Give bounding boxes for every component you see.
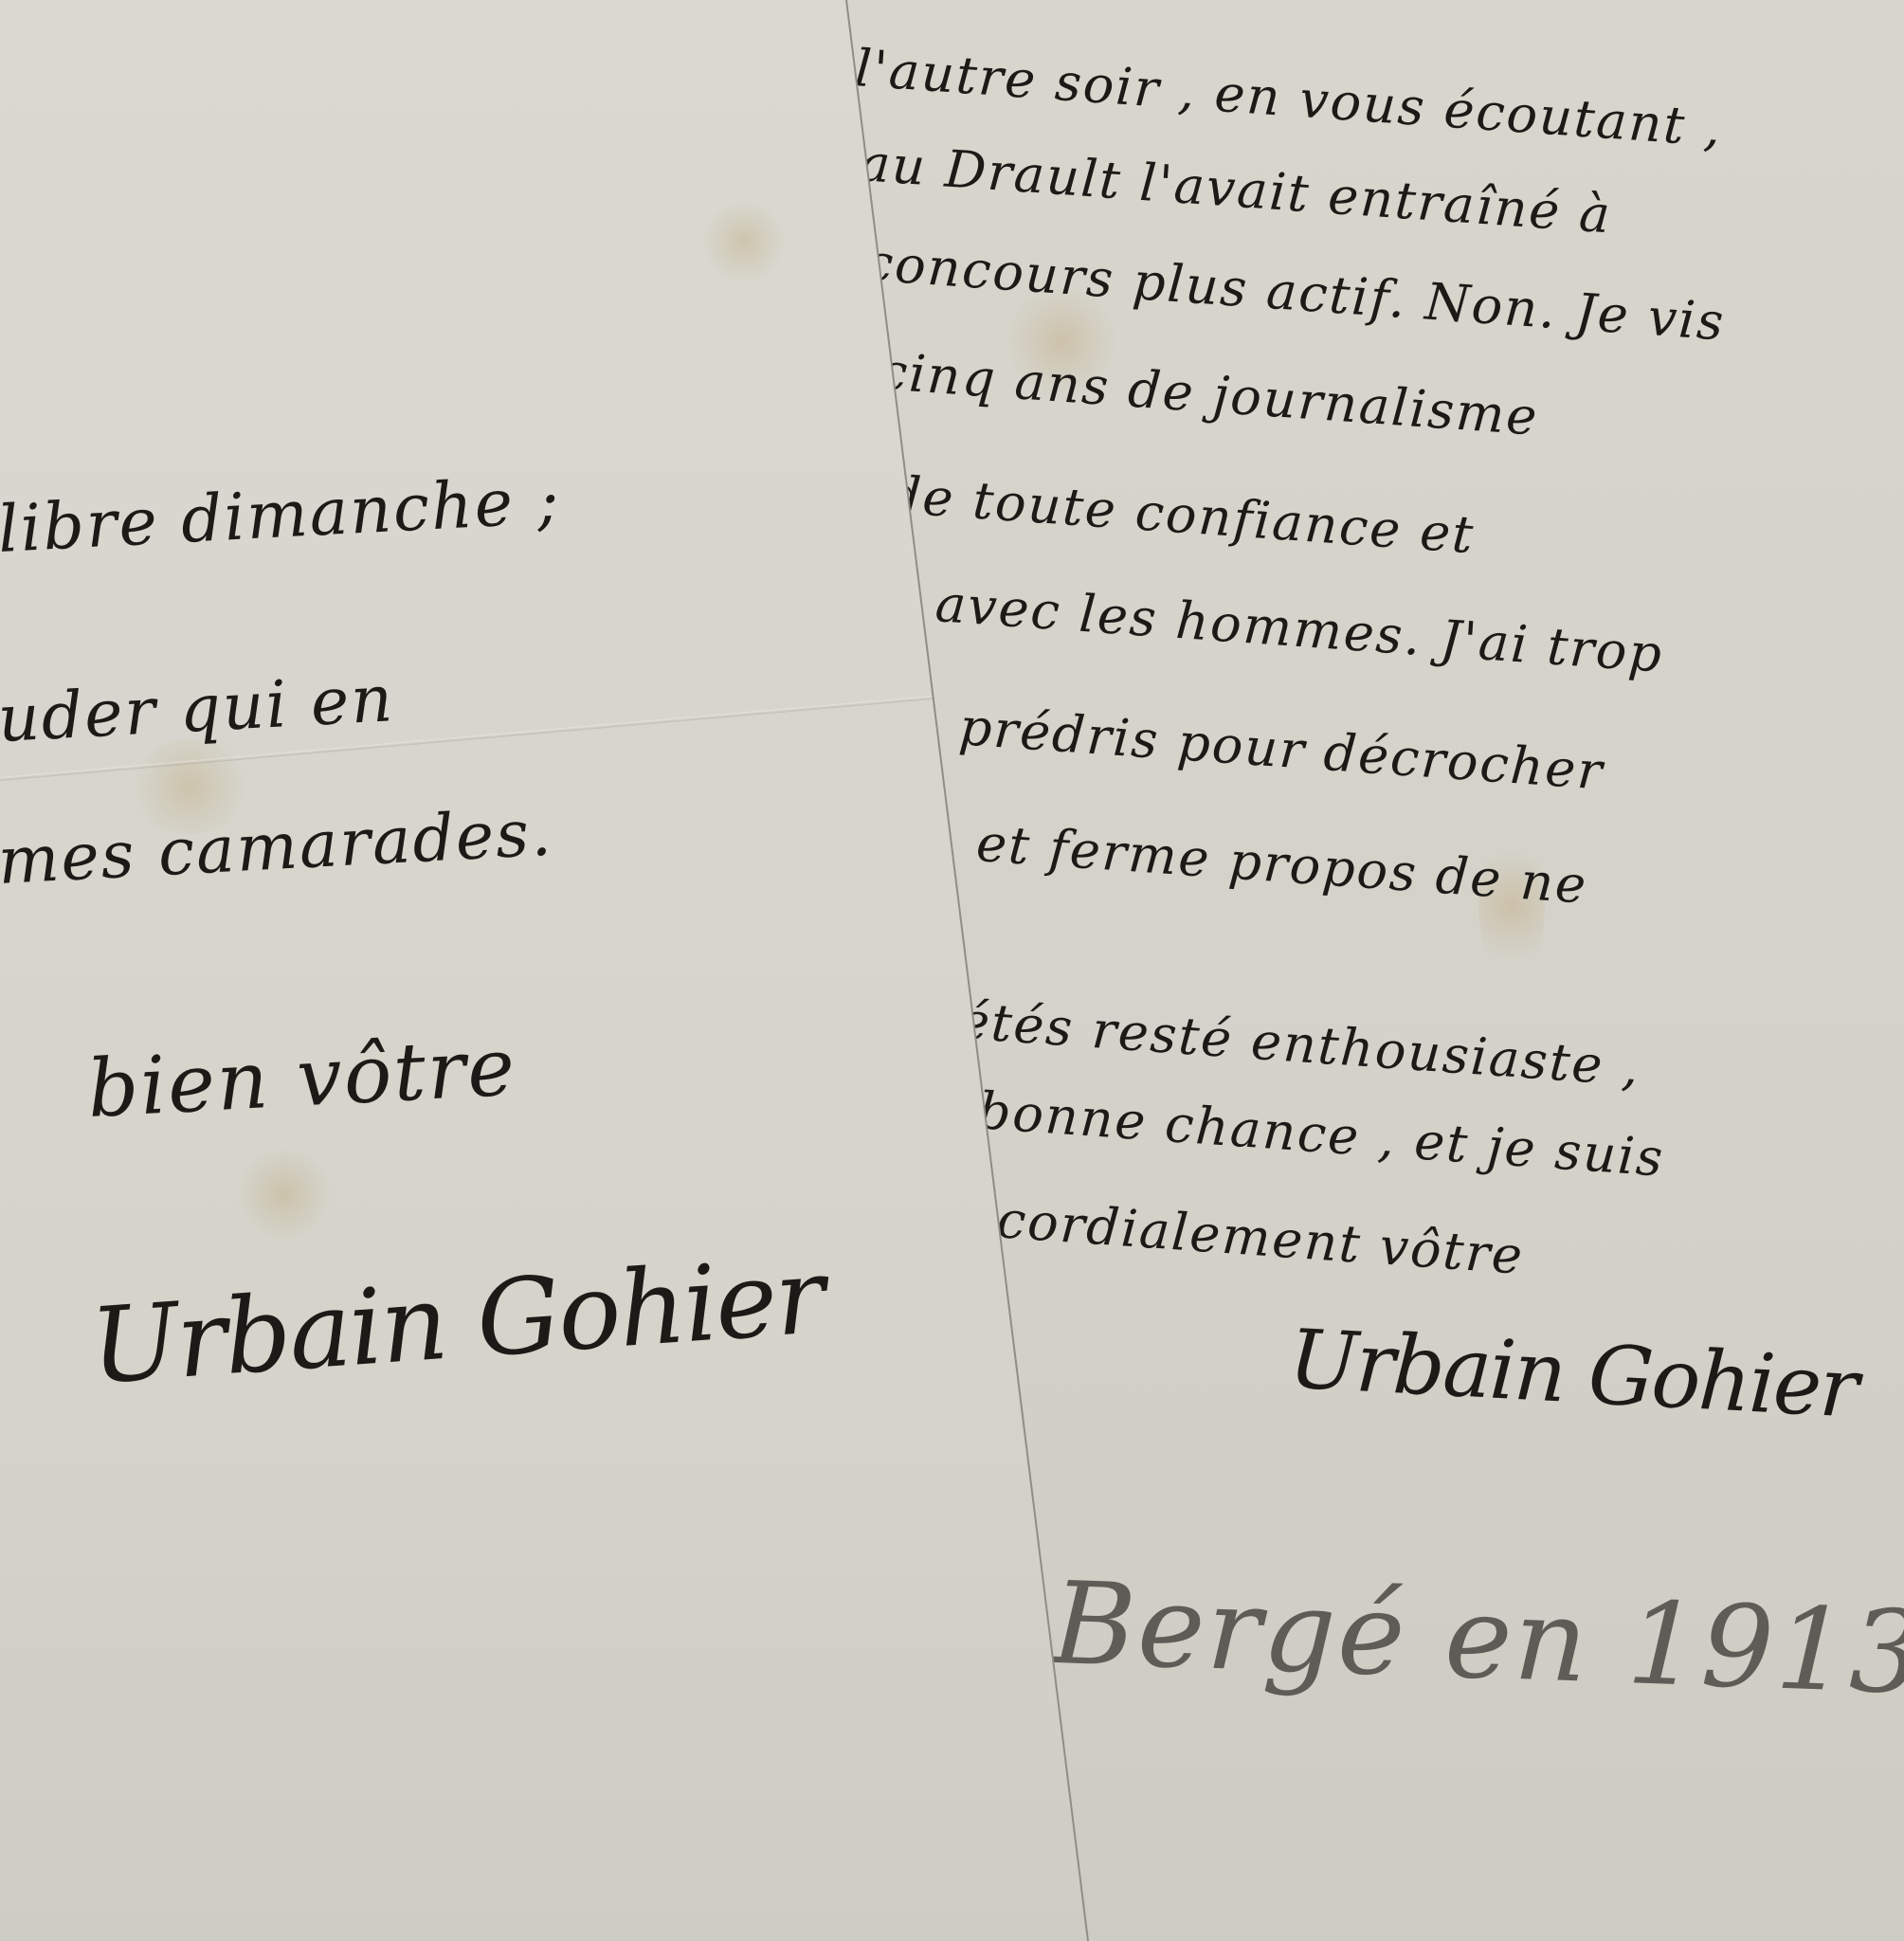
left-letter-signature: Urbain Gohier [86,1235,826,1407]
right-letter-line-10: bonne chance , et je suis [976,1080,1666,1188]
left-letter-line-2: uder qui en [0,662,396,757]
pencil-date-annotation: Bergé en 1913 [1050,1558,1904,1720]
right-letter-line-6: avec les hommes. J'ai trop [934,573,1665,684]
right-letter-line-8: . et ferme propos de ne [938,810,1589,916]
right-letter-line-9: étés resté enthousiaste , [957,990,1642,1097]
right-letter-line-7: prédris pour décrocher [957,697,1605,801]
right-letter-line-11: cordialement vôtre [995,1189,1526,1286]
right-letter-line-3: concours plus actif. Non. Je vis [862,232,1727,352]
right-letter-signature: Urbain Gohier [1287,1312,1859,1436]
left-letter-line-1: libre dimanche ; [0,463,562,568]
paper-stain [237,1147,332,1242]
right-letter-line-4: cinq ans de journalisme [877,341,1540,447]
left-letter-line-3: mes camarades. [0,795,554,899]
left-letter-closing: bien vôtre [85,1020,518,1135]
right-letter-line-5: de toute confiance et [886,464,1477,565]
paper-stain [701,199,787,284]
right-letter-line-1: l'autre soir , en vous écoutant , [853,38,1724,158]
right-letter-line-2: au Drault l'avait entraîné à [858,133,1614,245]
